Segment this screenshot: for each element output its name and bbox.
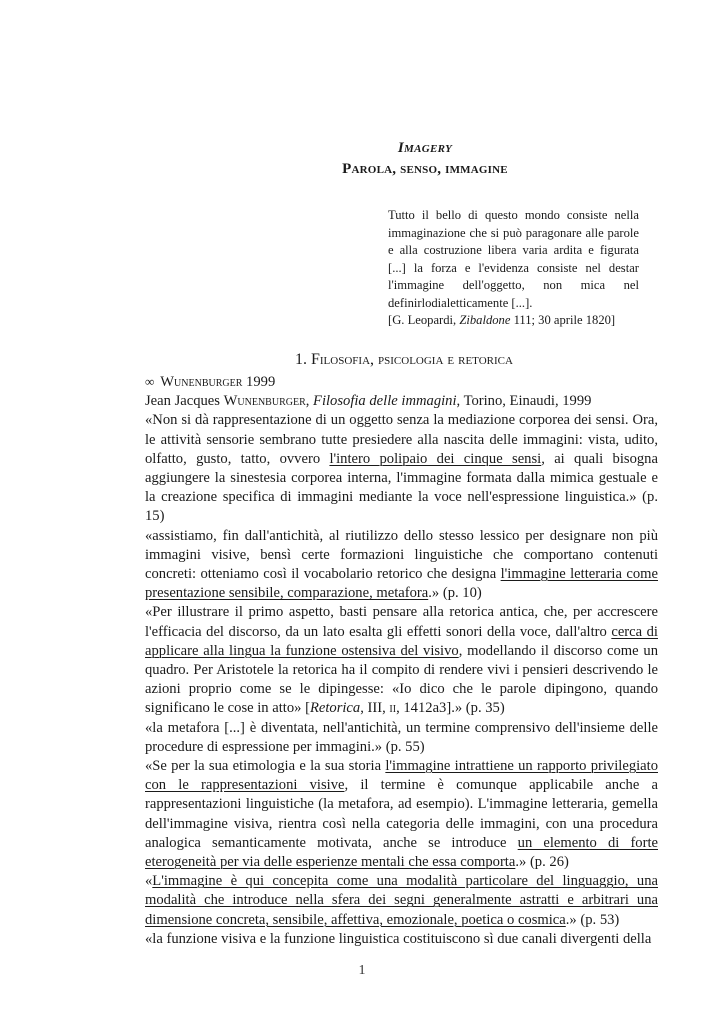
quote-text: «la funzione visiva e la funzione lingui… — [145, 931, 651, 947]
title-block: Imagery Parola, senso, immagine — [300, 138, 550, 180]
citation-author: Wunenburger — [224, 393, 306, 409]
quote-text: , 1412a3].» (p. 35) — [396, 700, 505, 716]
quote-text: , III, — [360, 700, 389, 716]
quote-text: «Se per la sua etimologia e la sua stori… — [145, 758, 385, 774]
quote-paragraph: «L'immagine è qui concepita come una mod… — [145, 872, 658, 930]
section-title: Filosofia, psicologia e retorica — [311, 351, 513, 368]
section-heading: 1.Filosofia, psicologia e retorica — [145, 350, 658, 370]
epigraph-text: Tutto il bello di questo mondo consiste … — [388, 207, 639, 312]
quote-paragraph: «Non si dà rappresentazione di un oggett… — [145, 411, 658, 526]
document-title: Imagery — [300, 138, 550, 158]
body-text: ∞Wunenburger 1999 Jean Jacques Wunenburg… — [145, 372, 658, 949]
document-subtitle: Parola, senso, immagine — [300, 158, 550, 180]
quotes-list: «Non si dà rappresentazione di un oggett… — [145, 411, 658, 949]
quote-paragraph: «la metafora [...] è diventata, nell'ant… — [145, 719, 658, 757]
epigraph-source-suffix: 111; 30 aprile 1820] — [510, 313, 615, 327]
quote-text: .» (p. 10) — [428, 585, 482, 601]
entry-citation: Jean Jacques Wunenburger, Filosofia dell… — [145, 392, 658, 411]
infinity-icon: ∞ — [145, 374, 154, 389]
quote-paragraph: «la funzione visiva e la funzione lingui… — [145, 930, 658, 949]
italic-text: Retorica — [310, 700, 360, 716]
quote-text: «la metafora [...] è diventata, nell'ant… — [145, 720, 658, 755]
epigraph-source: [G. Leopardi, Zibaldone 111; 30 aprile 1… — [388, 312, 639, 330]
page-number: 1 — [0, 963, 724, 979]
entry-key-author: Wunenburger — [160, 374, 242, 390]
epigraph-source-work: Zibaldone — [459, 313, 510, 327]
quote-text: «Per illustrare il primo aspetto, basti … — [145, 604, 658, 639]
epigraph: Tutto il bello di questo mondo consiste … — [388, 207, 639, 330]
entry-key: ∞Wunenburger 1999 — [145, 372, 658, 392]
citation-rest: , Torino, Einaudi, 1999 — [457, 393, 592, 409]
quote-paragraph: «Per illustrare il primo aspetto, basti … — [145, 603, 658, 718]
quote-paragraph: «Se per la sua etimologia e la sua stori… — [145, 757, 658, 872]
section-number: 1. — [295, 351, 307, 368]
citation-separator: , — [306, 393, 313, 409]
quote-text: .» (p. 26) — [515, 854, 569, 870]
document-page: Imagery Parola, senso, immagine Tutto il… — [0, 0, 724, 1024]
epigraph-source-prefix: [G. Leopardi, — [388, 313, 459, 327]
citation-title: Filosofia delle immagini — [313, 393, 457, 409]
underlined-text: l'intero polipaio dei cinque sensi — [329, 451, 541, 467]
quote-paragraph: «assistiamo, fin dall'antichità, al riut… — [145, 527, 658, 604]
quote-text: .» (p. 53) — [566, 912, 620, 928]
entry-key-year: 1999 — [246, 374, 275, 390]
citation-first-name: Jean Jacques — [145, 393, 224, 409]
